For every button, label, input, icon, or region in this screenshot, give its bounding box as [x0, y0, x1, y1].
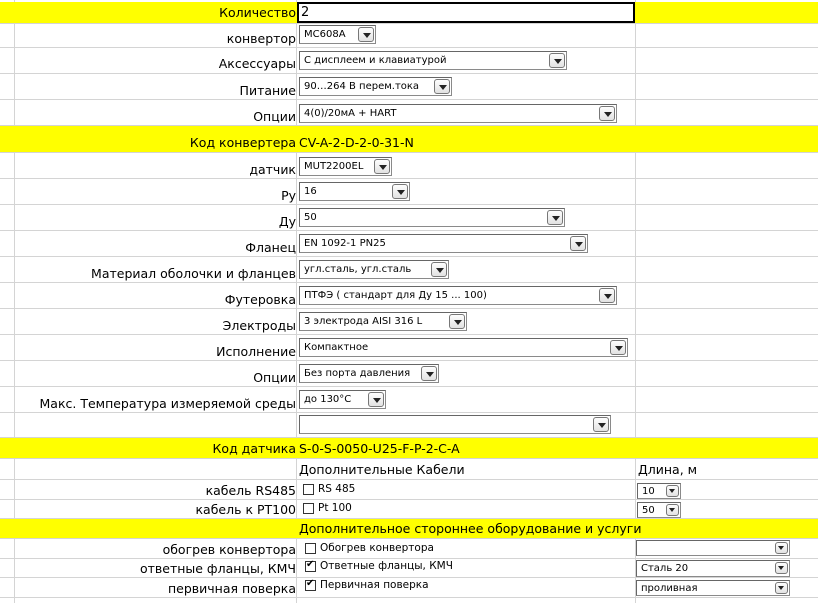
power-select[interactable]: 90…264 В перем.тока [299, 77, 452, 96]
pressure-label: Ру [15, 188, 296, 203]
electrodes-label: Электроды [15, 318, 296, 333]
power-label: Питание [15, 83, 296, 98]
max-temp-label: Макс. Температура измеряемой среды [15, 396, 296, 411]
execution-select-value: Компактное [304, 342, 368, 353]
material-select[interactable]: угл.сталь, угл.сталь [299, 260, 449, 279]
chevron-down-icon[interactable] [775, 542, 788, 554]
execution-select[interactable]: Компактное [299, 338, 628, 357]
chevron-down-icon[interactable] [775, 562, 788, 574]
flanges-label: ответные фланцы, КМЧ [15, 561, 296, 576]
flanges-checkbox[interactable]: Ответные фланцы, КМЧ [305, 560, 453, 572]
electrodes-row: Электроды 3 электрода AISI 316 L [0, 309, 818, 335]
lining-select-value: ПТФЭ ( стандарт для Ду 15 ... 100) [304, 290, 487, 301]
sensor-options-label: Опции [15, 370, 296, 385]
converter-code-label: Код конвертера [15, 135, 296, 150]
converter-options-label: Опции [15, 109, 296, 124]
heating-row: обогрев конвертора Обогрев конвертора [0, 539, 818, 559]
chevron-down-icon[interactable] [374, 159, 390, 174]
heating-checkbox[interactable]: Обогрев конвертора [305, 542, 434, 554]
chevron-down-icon[interactable] [593, 417, 609, 432]
max-temp-select[interactable]: до 130°C [299, 390, 386, 409]
converter-label: конвертор [15, 31, 296, 46]
cable-pt100-label: кабель к PT100 [15, 502, 296, 517]
converter-code-value: CV-A-2-D-2-0-31-N [299, 135, 414, 150]
material-label: Материал оболочки и фланцев [15, 266, 296, 281]
checkbox-checked-icon[interactable] [305, 561, 316, 572]
checkbox-checked-icon[interactable] [305, 580, 316, 591]
sensor-row: датчик MUT2200EL [0, 153, 818, 179]
electrodes-select[interactable]: 3 электрода AISI 316 L [299, 312, 467, 331]
chevron-down-icon[interactable] [368, 392, 384, 407]
rs485-length-select[interactable]: 10 [637, 483, 681, 499]
verification-type-select[interactable]: проливная [636, 580, 790, 596]
quantity-label: Количество [15, 5, 296, 20]
execution-row: Исполнение Компактное [0, 335, 818, 361]
diameter-select[interactable]: 50 [299, 208, 565, 227]
material-select-value: угл.сталь, угл.сталь [304, 264, 411, 275]
pressure-select-value: 16 [304, 186, 317, 197]
converter-options-select-value: 4(0)/20мА + HART [304, 108, 396, 119]
verification-label: первичная поверка [15, 581, 296, 596]
rs485-length-value: 10 [642, 486, 655, 497]
flange-select-value: EN 1092-1 PN25 [304, 238, 386, 249]
chevron-down-icon[interactable] [431, 262, 447, 277]
flanges-material-select[interactable]: Сталь 20 [636, 560, 790, 577]
cable-rs485-row: кабель RS485 RS 485 10 [0, 480, 818, 500]
diameter-row: Ду 50 [0, 205, 818, 231]
flanges-material-value: Сталь 20 [641, 563, 688, 574]
converter-code-row: Код конвертера CV-A-2-D-2-0-31-N [0, 126, 818, 153]
chevron-down-icon[interactable] [599, 106, 615, 121]
pt100-checkbox[interactable]: Pt 100 [303, 502, 352, 514]
pt100-checkbox-label: Pt 100 [318, 502, 352, 514]
diameter-label: Ду [15, 214, 296, 229]
sensor-code-label: Код датчика [15, 441, 296, 456]
chevron-down-icon[interactable] [421, 366, 437, 381]
sensor-options-select-value: Без порта давления [304, 368, 410, 379]
chevron-down-icon[interactable] [570, 236, 586, 251]
checkbox-unchecked-icon[interactable] [305, 543, 316, 554]
heating-label: обогрев конвертора [15, 542, 296, 557]
pressure-select[interactable]: 16 [299, 182, 410, 201]
empty-select-row [0, 413, 818, 438]
accessories-row: Аксессуары С дисплеем и клавиатурой [0, 48, 818, 74]
spreadsheet: Количество 2 конвертор MC608A Аксессуары… [0, 0, 818, 603]
heating-checkbox-label: Обогрев конвертора [320, 542, 434, 554]
converter-select[interactable]: MC608A [299, 25, 376, 44]
accessories-select-value: С дисплеем и клавиатурой [304, 55, 447, 66]
pt100-length-value: 50 [642, 505, 655, 516]
electrodes-select-value: 3 электрода AISI 316 L [304, 316, 422, 327]
verification-checkbox-label: Первичная поверка [320, 579, 429, 591]
checkbox-unchecked-icon[interactable] [303, 503, 314, 514]
power-select-value: 90…264 В перем.тока [304, 81, 419, 92]
heating-select[interactable] [636, 540, 790, 556]
power-row: Питание 90…264 В перем.тока [0, 74, 818, 100]
converter-select-value: MC608A [304, 29, 346, 40]
lining-label: Футеровка [15, 292, 296, 307]
flanges-row: ответные фланцы, КМЧ Ответные фланцы, КМ… [0, 559, 818, 578]
chevron-down-icon[interactable] [547, 210, 563, 225]
sensor-options-select[interactable]: Без порта давления [299, 364, 439, 383]
lining-select[interactable]: ПТФЭ ( стандарт для Ду 15 ... 100) [299, 286, 617, 305]
verification-type-value: проливная [641, 583, 697, 594]
quantity-cell[interactable]: 2 [297, 2, 635, 23]
sensor-code-value: S-0-S-0050-U25-F-P-2-C-A [299, 441, 460, 456]
cable-pt100-row: кабель к PT100 Pt 100 50 [0, 500, 818, 519]
flange-row: Фланец EN 1092-1 PN25 [0, 231, 818, 257]
converter-options-select[interactable]: 4(0)/20мА + HART [299, 104, 617, 123]
max-temp-row: Макс. Температура измеряемой среды до 13… [0, 387, 818, 413]
checkbox-unchecked-icon[interactable] [303, 484, 314, 495]
sensor-options-row: Опции Без порта давления [0, 361, 818, 387]
accessories-label: Аксессуары [15, 56, 296, 71]
verification-checkbox[interactable]: Первичная поверка [305, 579, 429, 591]
pt100-length-select[interactable]: 50 [637, 502, 681, 518]
sensor-select[interactable]: MUT2200EL [299, 157, 392, 176]
empty-select[interactable] [299, 415, 611, 434]
converter-options-row: Опции 4(0)/20мА + HART [0, 100, 818, 126]
diameter-select-value: 50 [304, 212, 317, 223]
chevron-down-icon[interactable] [666, 504, 679, 516]
chevron-down-icon[interactable] [599, 288, 615, 303]
cable-rs485-label: кабель RS485 [15, 483, 296, 498]
chevron-down-icon[interactable] [775, 582, 788, 594]
cables-header: Дополнительные Кабели [299, 462, 465, 477]
lining-row: Футеровка ПТФЭ ( стандарт для Ду 15 ... … [0, 283, 818, 309]
sensor-select-value: MUT2200EL [304, 161, 363, 172]
converter-row: конвертор MC608A [0, 24, 818, 48]
chevron-down-icon[interactable] [392, 184, 408, 199]
flanges-checkbox-label: Ответные фланцы, КМЧ [320, 560, 453, 572]
sensor-code-row: Код датчика S-0-S-0050-U25-F-P-2-C-A [0, 438, 818, 459]
chevron-down-icon[interactable] [549, 53, 565, 68]
flange-label: Фланец [15, 240, 296, 255]
chevron-down-icon[interactable] [449, 314, 465, 329]
extras-header: Дополнительное стороннее оборудование и … [299, 521, 641, 536]
chevron-down-icon[interactable] [610, 340, 626, 355]
execution-label: Исполнение [15, 344, 296, 359]
chevron-down-icon[interactable] [358, 27, 374, 42]
sensor-label: датчик [15, 162, 296, 177]
verification-row: первичная поверка Первичная поверка прол… [0, 578, 818, 598]
cables-header-row: Дополнительные Кабели Длина, м [0, 459, 818, 480]
flange-select[interactable]: EN 1092-1 PN25 [299, 234, 588, 253]
material-row: Материал оболочки и фланцев угл.сталь, у… [0, 257, 818, 283]
rs485-checkbox[interactable]: RS 485 [303, 483, 355, 495]
max-temp-select-value: до 130°C [304, 394, 351, 405]
chevron-down-icon[interactable] [434, 79, 450, 94]
extras-header-row: Дополнительное стороннее оборудование и … [0, 519, 818, 539]
chevron-down-icon[interactable] [666, 485, 679, 497]
length-header: Длина, м [638, 462, 697, 477]
accessories-select[interactable]: С дисплеем и клавиатурой [299, 51, 567, 70]
pressure-row: Ру 16 [0, 179, 818, 205]
rs485-checkbox-label: RS 485 [318, 483, 355, 495]
